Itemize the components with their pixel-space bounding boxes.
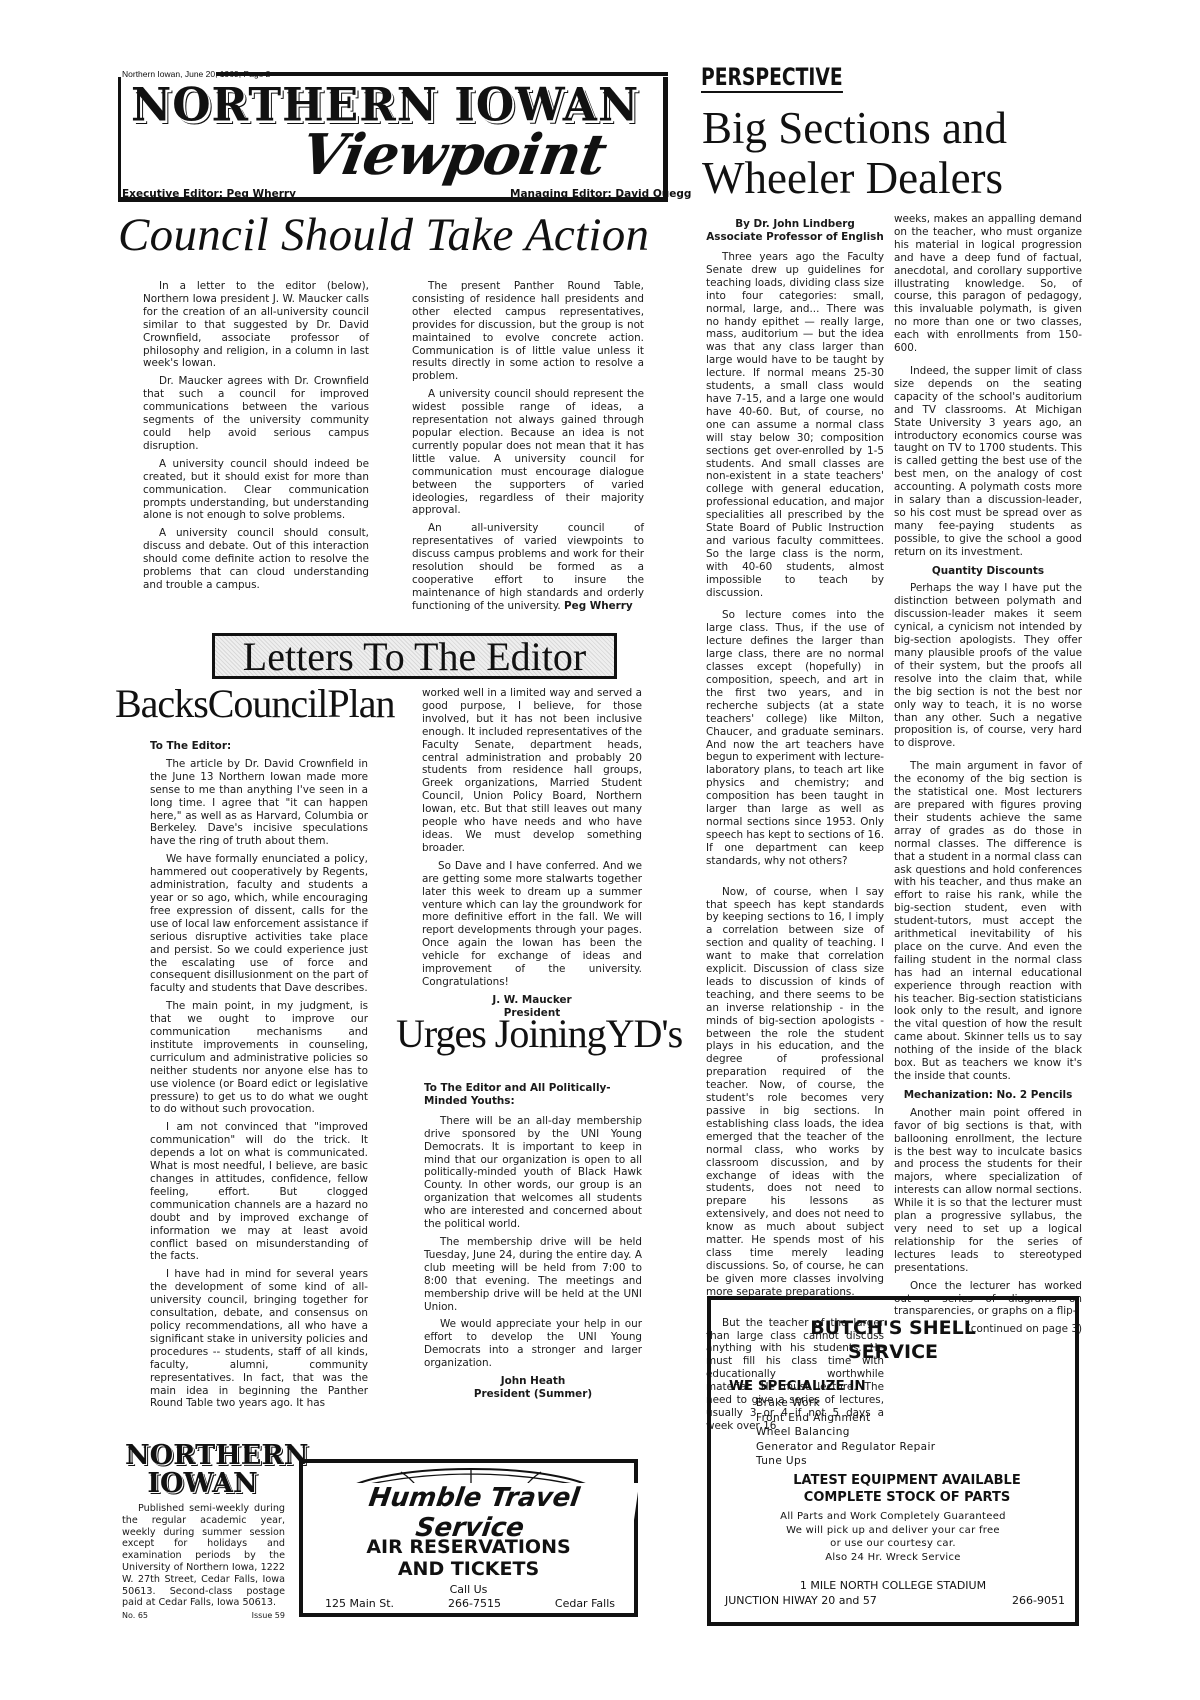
small-masthead-logo: NORTHERN IOWAN: [125, 1442, 280, 1498]
paragraph: An all-university council of representat…: [412, 522, 644, 612]
logo-line-1: NORTHERN: [125, 1442, 280, 1470]
paragraph: Three years ago the Faculty Senate drew …: [706, 251, 884, 599]
issue-numbers: No. 65 Issue 59: [122, 1610, 285, 1622]
service-item: Brake Work: [756, 1396, 936, 1411]
paragraph: A university council should represent th…: [412, 388, 644, 517]
paragraph: Now, of course, when I say that speech h…: [706, 886, 884, 1299]
publication-statement: Published semi-weekly during the regular…: [122, 1503, 285, 1622]
ad-humble-travel: Humble Travel Service AIR RESERVATIONS A…: [299, 1459, 638, 1617]
paragraph: The membership drive will be held Tuesda…: [424, 1236, 642, 1313]
byline-author: By Dr. John Lindberg: [706, 218, 884, 231]
editorial-headline: Council Should Take Action: [118, 208, 658, 262]
humble-headline: AIR RESERVATIONS AND TICKETS: [303, 1536, 634, 1580]
letter1-signer-name: J. W. Maucker: [422, 994, 642, 1007]
subhead-quantity-discounts: Quantity Discounts: [894, 565, 1082, 578]
perspective-column-1: By Dr. John Lindberg Associate Professor…: [706, 218, 884, 1438]
paragraph: So lecture comes into the large class. T…: [706, 609, 884, 867]
paragraph: worked well in a limited way and served …: [422, 687, 642, 855]
service-item: Generator and Regulator Repair: [756, 1440, 936, 1455]
paragraph: The main argument in favor of the econom…: [894, 760, 1082, 1083]
letter1-column-1: To The Editor: The article by Dr. David …: [150, 740, 368, 1415]
humble-contact-row: 125 Main St. 266-7515 Cedar Falls: [325, 1597, 615, 1610]
executive-editor: Executive Editor: Peg Wherry: [122, 188, 296, 200]
headline-line-2: Wheeler Dealers: [702, 153, 1007, 203]
paragraph: I am not convinced that "improved commun…: [150, 1121, 368, 1263]
letters-banner: Letters To The Editor: [212, 633, 617, 679]
service-item: Wheel Balancing: [756, 1425, 936, 1440]
paragraph: The article by Dr. David Crownfield in t…: [150, 758, 368, 848]
folio-rule: [216, 72, 668, 76]
title-line-2: SERVICE: [711, 1340, 1075, 1364]
paragraph: We have formally enunciated a policy, ha…: [150, 853, 368, 995]
issue-number: Issue 59: [252, 1610, 285, 1622]
letter2-signer-title: President (Summer): [424, 1388, 642, 1401]
section-title-viewpoint: Viewpoint: [296, 122, 611, 188]
paragraph: In a letter to the editor (below), North…: [143, 280, 369, 370]
butch-specialize: WE SPECIALIZE IN: [729, 1378, 866, 1394]
service-item: Tune Ups: [756, 1454, 936, 1469]
butch-location-row: JUNCTION HIWAY 20 and 57 266-9051: [725, 1594, 1065, 1607]
paragraph: There will be an all-day membership driv…: [424, 1115, 642, 1231]
letter2-salutation: To The Editor and All Politically-Minded…: [424, 1082, 642, 1108]
paragraph: weeks, makes an appalling demand on the …: [894, 213, 1082, 355]
headline-line-2: AND TICKETS: [303, 1558, 634, 1580]
butch-title: BUTCH'S SHELL SERVICE: [711, 1316, 1075, 1364]
service-item: Front End Alignment: [756, 1411, 936, 1426]
letter2-signer-name: John Heath: [424, 1375, 642, 1388]
latest-line-2: COMPLETE STOCK OF PARTS: [739, 1489, 1075, 1506]
butch-location-2: JUNCTION HIWAY 20 and 57: [725, 1594, 877, 1607]
paragraph: I have had in mind for several years the…: [150, 1268, 368, 1410]
latest-line-1: LATEST EQUIPMENT AVAILABLE: [739, 1472, 1075, 1489]
butch-guarantee: All Parts and Work Completely Guaranteed…: [711, 1510, 1075, 1564]
guarantee-line: All Parts and Work Completely Guaranteed: [711, 1510, 1075, 1524]
paragraph: A university council should indeed be cr…: [143, 458, 369, 523]
letter1-column-2: worked well in a limited way and served …: [422, 687, 642, 1020]
paragraph: The main point, in my judgment, is that …: [150, 1000, 368, 1116]
butch-services-list: Brake Work Front End Alignment Wheel Bal…: [756, 1396, 936, 1469]
humble-call: Call Us: [303, 1583, 634, 1596]
paragraph: Another main point offered in favor of b…: [894, 1107, 1082, 1275]
letter1-salutation: To The Editor:: [150, 740, 368, 753]
managing-editor: Managing Editor: David Quegg: [510, 188, 691, 200]
letter2-body: To The Editor and All Politically-Minded…: [424, 1082, 642, 1401]
editorial-column-2: The present Panther Round Table, consist…: [412, 280, 644, 618]
butch-location-1: 1 MILE NORTH COLLEGE STADIUM: [711, 1579, 1075, 1592]
humble-address: 125 Main St.: [325, 1597, 394, 1610]
guarantee-line: Also 24 Hr. Wreck Service: [711, 1551, 1075, 1565]
perspective-label: PERSPECTIVE: [701, 63, 843, 93]
publication-text: Published semi-weekly during the regular…: [122, 1503, 285, 1609]
letter2-headline: Urges JoiningYD's: [396, 1010, 682, 1057]
paragraph: So Dave and I have conferred. And we are…: [422, 860, 642, 989]
logo-line-2: IOWAN: [125, 1470, 280, 1498]
butch-latest: LATEST EQUIPMENT AVAILABLE COMPLETE STOC…: [711, 1472, 1075, 1506]
humble-logo-text: Humble Travel Service: [305, 1483, 639, 1543]
editorial-column-1: In a letter to the editor (below), North…: [143, 280, 369, 597]
letter1-headline: BacksCouncilPlan: [115, 680, 395, 727]
headline-line-1: AIR RESERVATIONS: [303, 1536, 634, 1558]
perspective-column-2: weeks, makes an appalling demand on the …: [894, 213, 1082, 1336]
volume-number: No. 65: [122, 1610, 148, 1622]
paragraph: The present Panther Round Table, consist…: [412, 280, 644, 383]
guarantee-line: We will pick up and deliver your car fre…: [711, 1524, 1075, 1538]
humble-city: Cedar Falls: [555, 1597, 615, 1610]
paragraph: We would appreciate your help in our eff…: [424, 1318, 642, 1370]
paragraph: A university council should consult, dis…: [143, 527, 369, 592]
subhead-mechanization: Mechanization: No. 2 Pencils: [894, 1089, 1082, 1102]
humble-phone: 266-7515: [448, 1597, 501, 1610]
byline-title: Associate Professor of English: [706, 231, 884, 244]
editorial-signature: Peg Wherry: [564, 600, 633, 612]
ad-butchs-shell: BUTCH'S SHELL SERVICE WE SPECIALIZE IN B…: [707, 1296, 1079, 1626]
paragraph: Dr. Maucker agrees with Dr. Crownfield t…: [143, 375, 369, 452]
letters-banner-title: Letters To The Editor: [243, 633, 586, 680]
guarantee-line: or use our courtesy car.: [711, 1537, 1075, 1551]
paragraph: Perhaps the way I have put the distincti…: [894, 582, 1082, 750]
butch-phone: 266-9051: [1012, 1594, 1065, 1607]
title-line-1: BUTCH'S SHELL: [711, 1316, 1075, 1340]
paragraph: Indeed, the supper limit of class size d…: [894, 365, 1082, 559]
perspective-headline: Big Sections and Wheeler Dealers: [702, 103, 1007, 203]
headline-line-1: Big Sections and: [702, 103, 1007, 153]
